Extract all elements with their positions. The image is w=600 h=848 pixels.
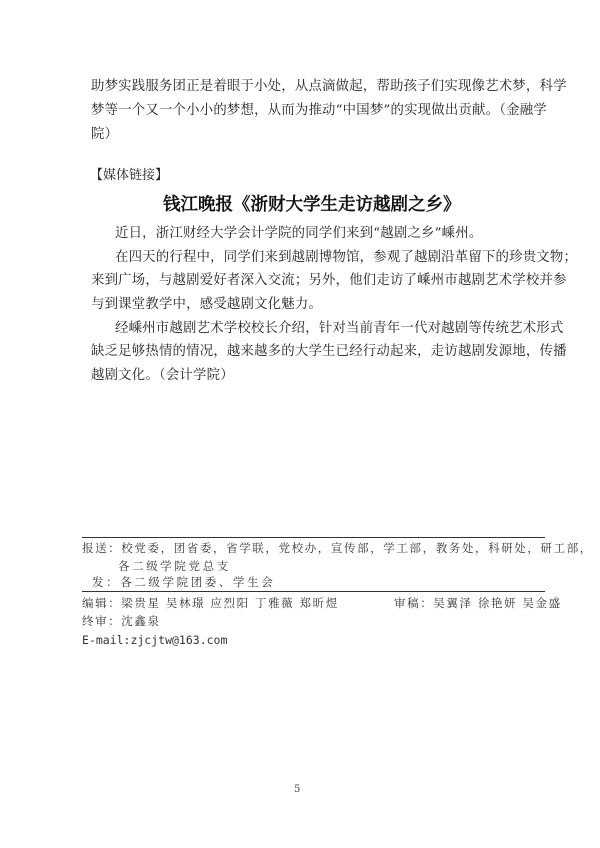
report-to-line: 报送：校党委，团省委，省学联，党校办，宣传部，学工部，教务处，科研处，研工部，: [82, 540, 593, 556]
article-paragraph-line: 来到广场，与越剧爱好者深入交流；另外，他们走访了嵊州市越剧艺术学校并参: [91, 272, 551, 290]
editors-line: 编辑：梁贵星 吴林璟 应烈阳 丁雅薇 郑昕煜: [82, 595, 339, 611]
footer-middle-rule: [82, 591, 545, 592]
footer-top-rule: [82, 537, 545, 538]
article-paragraph-line: 经嵊州市越剧艺术学校校长介绍，针对当前青年一代对越剧等传统艺术形式: [115, 320, 575, 338]
article-paragraph-line: 缺乏足够热情的情况，越来越多的大学生已经行动起来，走访越剧发源地，传播: [91, 343, 551, 361]
article-paragraph-line: 与到课堂教学中，感受越剧文化魅力。: [91, 296, 551, 314]
previous-article-line: 院）: [91, 126, 551, 144]
article-title: 钱江晚报《浙财大学生走访越剧之乡》: [163, 193, 461, 217]
article-paragraph-line: 在四天的行程中，同学们来到越剧博物馆，参观了越剧沿革留下的珍贵文物；: [115, 249, 575, 267]
article-paragraph-line: 越剧文化。（会计学院）: [91, 367, 551, 385]
report-to-line-continued: 各二级学院党总支: [118, 558, 231, 574]
previous-article-line: 梦等一个又一个小小的梦想，从而为推动“中国梦”的实现做出贡献。（金融学: [91, 102, 551, 120]
reviewers-line: 审稿：吴翼泽 徐艳妍 吴金盛: [394, 595, 562, 611]
send-to-line: 发：各二级学院团委、学生会: [92, 574, 275, 590]
page-number: 5: [294, 784, 300, 795]
media-link-label: 【媒体链接】: [90, 167, 168, 185]
previous-article-line: 助梦实践服务团正是着眼于小处，从点滴做起，帮助孩子们实现像艺术梦，科学: [91, 78, 551, 96]
final-review-line: 终审：沈鑫泉: [82, 613, 161, 629]
contact-email: E-mail:zjcjtw@163.com: [82, 632, 227, 648]
article-paragraph-line: 近日，浙江财经大学会计学院的同学们来到“越剧之乡”嵊州。: [115, 225, 575, 243]
document-page: 助梦实践服务团正是着眼于小处，从点滴做起，帮助孩子们实现像艺术梦，科学 梦等一个…: [0, 0, 600, 848]
